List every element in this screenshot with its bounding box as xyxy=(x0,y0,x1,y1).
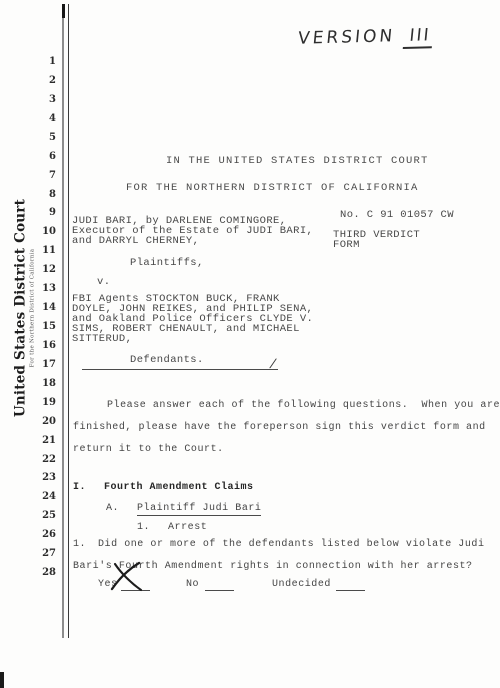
court-heading-line2: FOR THE NORTHERN DISTRICT OF CALIFORNIA xyxy=(126,182,419,194)
line-number: 22 xyxy=(36,454,56,465)
question-number: 1. xyxy=(73,539,86,550)
version-number: III xyxy=(402,25,433,49)
line-number: 27 xyxy=(36,548,56,559)
section-title: Fourth Amendment Claims xyxy=(104,482,254,493)
subsection-letter: A. xyxy=(106,503,119,514)
answer-undecided-label: Undecided xyxy=(272,579,331,590)
line-number: 13 xyxy=(36,283,56,294)
line-number: 12 xyxy=(36,264,56,275)
line-number: 20 xyxy=(36,416,56,427)
question-text-line1: Did one or more of the defendants listed… xyxy=(98,539,485,550)
line-number: 16 xyxy=(36,340,56,351)
line-number: 15 xyxy=(36,321,56,332)
court-name-vertical: United States District Court xyxy=(13,198,29,418)
line-number: 25 xyxy=(36,510,56,521)
court-district-vertical: For the Northern District of California xyxy=(30,198,36,418)
line-number: 10 xyxy=(36,226,56,237)
version-label: VERSION xyxy=(297,26,396,49)
instructions-line1: Please answer each of the following ques… xyxy=(107,400,500,411)
line-number: 8 xyxy=(36,189,56,200)
document-title-line2: FORM xyxy=(333,240,360,250)
line-number: 18 xyxy=(36,378,56,389)
scanned-verdict-form-page: United States District Court For the Nor… xyxy=(0,0,500,688)
line-number: 21 xyxy=(36,435,56,446)
plaintiff-line: and DARRYL CHERNEY, xyxy=(72,236,199,246)
line-number: 28 xyxy=(36,567,56,578)
line-number: 26 xyxy=(36,529,56,540)
court-margin-label: United States District Court For the Nor… xyxy=(13,198,36,418)
court-heading-line1: IN THE UNITED STATES DISTRICT COURT xyxy=(166,155,429,167)
line-number: 3 xyxy=(36,94,56,105)
instructions-line3: return it to the Court. xyxy=(73,444,224,455)
handwritten-version-note: VERSION III xyxy=(297,25,433,49)
line-number: 19 xyxy=(36,397,56,408)
line-number: 1 xyxy=(36,56,56,67)
line-number: 7 xyxy=(36,170,56,181)
line-number: 17 xyxy=(36,359,56,370)
answer-undecided-blank xyxy=(336,590,365,591)
plaintiffs-designation: Plaintiffs, xyxy=(130,258,204,268)
section-roman-numeral: I. xyxy=(73,482,86,493)
line-number: 9 xyxy=(36,207,56,218)
pleading-vertical-rule-tick xyxy=(62,4,65,18)
answer-no-label: No xyxy=(186,579,199,590)
defendant-line: SITTERUD, xyxy=(72,334,132,344)
subsection-title: Plaintiff Judi Bari xyxy=(137,503,261,516)
line-number: 14 xyxy=(36,302,56,313)
case-number: No. C 91 01057 CW xyxy=(340,210,454,220)
line-number: 2 xyxy=(36,75,56,86)
handwritten-x-mark xyxy=(107,561,145,593)
line-number: 6 xyxy=(36,151,56,162)
caption-divider-line xyxy=(82,369,278,370)
line-number: 24 xyxy=(36,491,56,502)
line-number: 4 xyxy=(36,113,56,124)
line-number: 11 xyxy=(36,245,56,256)
instructions-line2: finished, please have the foreperson sig… xyxy=(73,422,486,433)
scan-artifact-mark xyxy=(0,672,4,688)
versus-label: v. xyxy=(97,277,110,287)
answer-no-blank xyxy=(205,590,234,591)
subsubsection-title: Arrest xyxy=(168,522,207,533)
defendants-designation: Defendants. xyxy=(130,355,204,365)
line-number: 23 xyxy=(36,472,56,483)
pleading-vertical-rule xyxy=(62,4,69,638)
subsubsection-number: 1. xyxy=(137,522,150,533)
line-number: 5 xyxy=(36,132,56,143)
